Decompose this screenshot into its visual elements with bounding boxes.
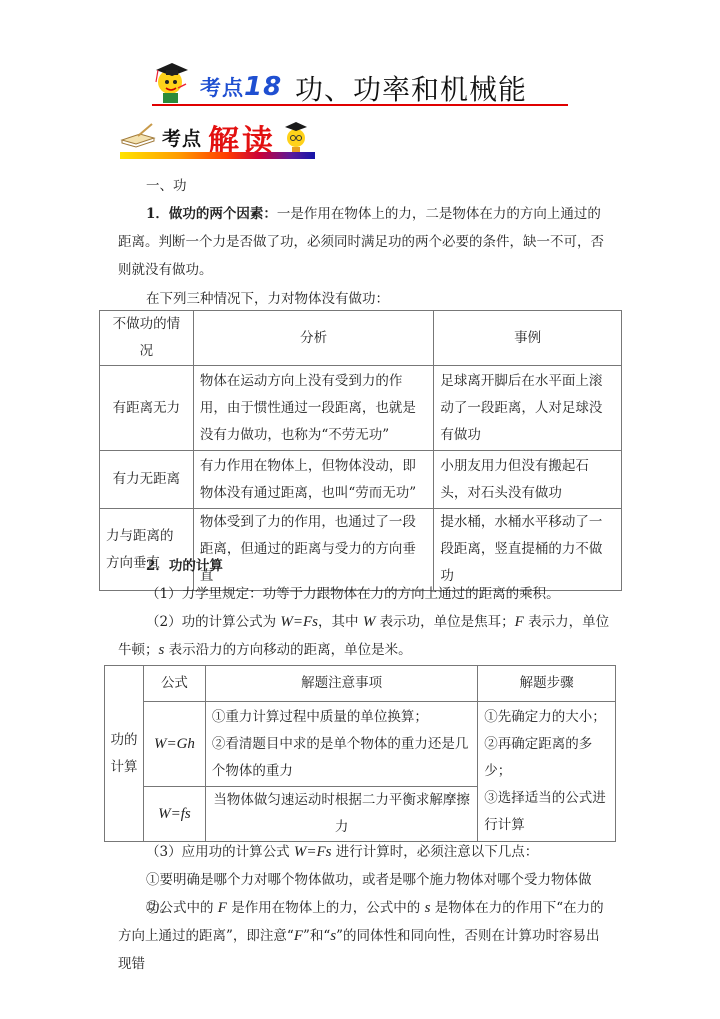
note: ②看清题目中求的是单个物体的重力还是几个物体的重力 — [212, 731, 471, 785]
formula: W=Fs — [294, 844, 332, 860]
formula-cell: W=fs — [143, 787, 205, 842]
table-header: 事例 — [434, 311, 622, 366]
text: （3）应用功的计算公式 — [146, 844, 294, 860]
steps-cell: ①先确定力的大小； ②再确定距离的多少； ③选择适当的公式进行计算 — [478, 702, 616, 842]
step: ①先确定力的大小； — [484, 704, 609, 731]
topic-number-label: 考点18 — [200, 72, 282, 102]
table-intro: 在下列三种情况下，力对物体没有做功： — [146, 285, 636, 313]
formula: W=Gh — [154, 736, 195, 752]
note: ①重力计算过程中质量的单位换算； — [212, 704, 471, 731]
table-cell: 小朋友用力但没有搬起石头，对石头没有做功 — [434, 451, 622, 509]
table-header: 不做功的情况 — [100, 311, 194, 366]
symbol: F — [294, 928, 303, 944]
text: （2）功的计算公式为 — [146, 614, 280, 630]
table-cell: 有力无距离 — [100, 451, 194, 509]
table-row: W=Gh ①重力计算过程中质量的单位换算； ②看清题目中求的是单个物体的重力还是… — [105, 702, 616, 787]
table-header: 分析 — [193, 311, 434, 366]
paragraph-work-factors: 1．做功的两个因素：一是作用在物体上的力，二是物体在力的方向上通过的距离。判断一… — [118, 200, 610, 284]
section-heading: 一、功 — [146, 172, 636, 200]
table-cell: ①重力计算过程中质量的单位换算； ②看清题目中求的是单个物体的重力还是几个物体的… — [205, 702, 477, 787]
text: 是作用在物体上的力，公式中的 — [227, 900, 425, 916]
no-work-table: 不做功的情况 分析 事例 有距离无力 物体在运动方向上没有受到力的作用，由于惯性… — [99, 310, 622, 591]
table-header: 解题注意事项 — [205, 666, 477, 702]
item-label: 1．做功的两个因素： — [146, 206, 277, 222]
symbol: W — [363, 614, 376, 630]
badge-label-small: 考点 — [162, 124, 202, 151]
row-label: 功的计算 — [105, 666, 144, 842]
formula-cell: W=Gh — [143, 702, 205, 787]
table-header: 公式 — [143, 666, 205, 702]
work-calc-table: 功的计算 公式 解题注意事项 解题步骤 W=Gh ①重力计算过程中质量的单位换算… — [104, 665, 616, 842]
formula: W=Fs — [280, 614, 318, 630]
paragraph-definition: （1）力学里规定：功等于力跟物体在力的方向上通过的距离的乘积。 — [146, 580, 636, 608]
point-2: ②公式中的 F 是作用在物体上的力，公式中的 s 是物体在力的作用下“在力的方向… — [118, 894, 610, 978]
table-row: 有距离无力 物体在运动方向上没有受到力的作用，由于惯性通过一段距离，也就是没有力… — [100, 366, 622, 451]
symbol: F — [515, 614, 524, 630]
title-underline — [152, 104, 568, 106]
table-cell: 有力作用在物体上，但物体没动，即物体没有通过距离，也叫“劳而无功” — [193, 451, 434, 509]
badge-gradient-bar — [120, 152, 315, 159]
symbol: F — [218, 900, 227, 916]
topic-number: 18 — [244, 72, 282, 102]
text: ”和“ — [303, 928, 330, 944]
graduate-mascot-icon — [282, 118, 310, 156]
table-header: 解题步骤 — [478, 666, 616, 702]
book-quill-icon — [120, 122, 156, 148]
text: ，其中 — [318, 614, 363, 630]
graduate-mascot-icon — [150, 58, 192, 104]
section-heading: 2．功的计算 — [146, 552, 636, 580]
text: 表示功，单位是焦耳； — [375, 614, 514, 630]
topic-prefix: 考点 — [200, 76, 244, 100]
step: ②再确定距离的多少； — [484, 731, 609, 785]
paragraph-application: （3）应用功的计算公式 W=Fs 进行计算时，必须注意以下几点： — [146, 838, 636, 866]
table-cell: 物体在运动方向上没有受到力的作用，由于惯性通过一段距离，也就是没有力做功，也称为… — [193, 366, 434, 451]
paragraph-formula: （2）功的计算公式为 W=Fs，其中 W 表示功，单位是焦耳；F 表示力，单位牛… — [118, 608, 610, 664]
text: 表示沿力的方向移动的距离，单位是米。 — [164, 642, 411, 658]
page-title: 功、功率和机械能 — [295, 68, 527, 108]
formula: W=fs — [158, 806, 191, 822]
text: 进行计算时，必须注意以下几点： — [332, 844, 539, 860]
text: ②公式中的 — [146, 900, 218, 916]
table-cell: 足球离开脚后在水平面上滚动了一段距离，人对足球没有做功 — [434, 366, 622, 451]
table-cell: 有距离无力 — [100, 366, 194, 451]
step: ③选择适当的公式进行计算 — [484, 785, 609, 839]
table-cell: 当物体做匀速运动时根据二力平衡求解摩擦力 — [205, 787, 477, 842]
table-row: 有力无距离 有力作用在物体上，但物体没动，即物体没有通过距离，也叫“劳而无功” … — [100, 451, 622, 509]
